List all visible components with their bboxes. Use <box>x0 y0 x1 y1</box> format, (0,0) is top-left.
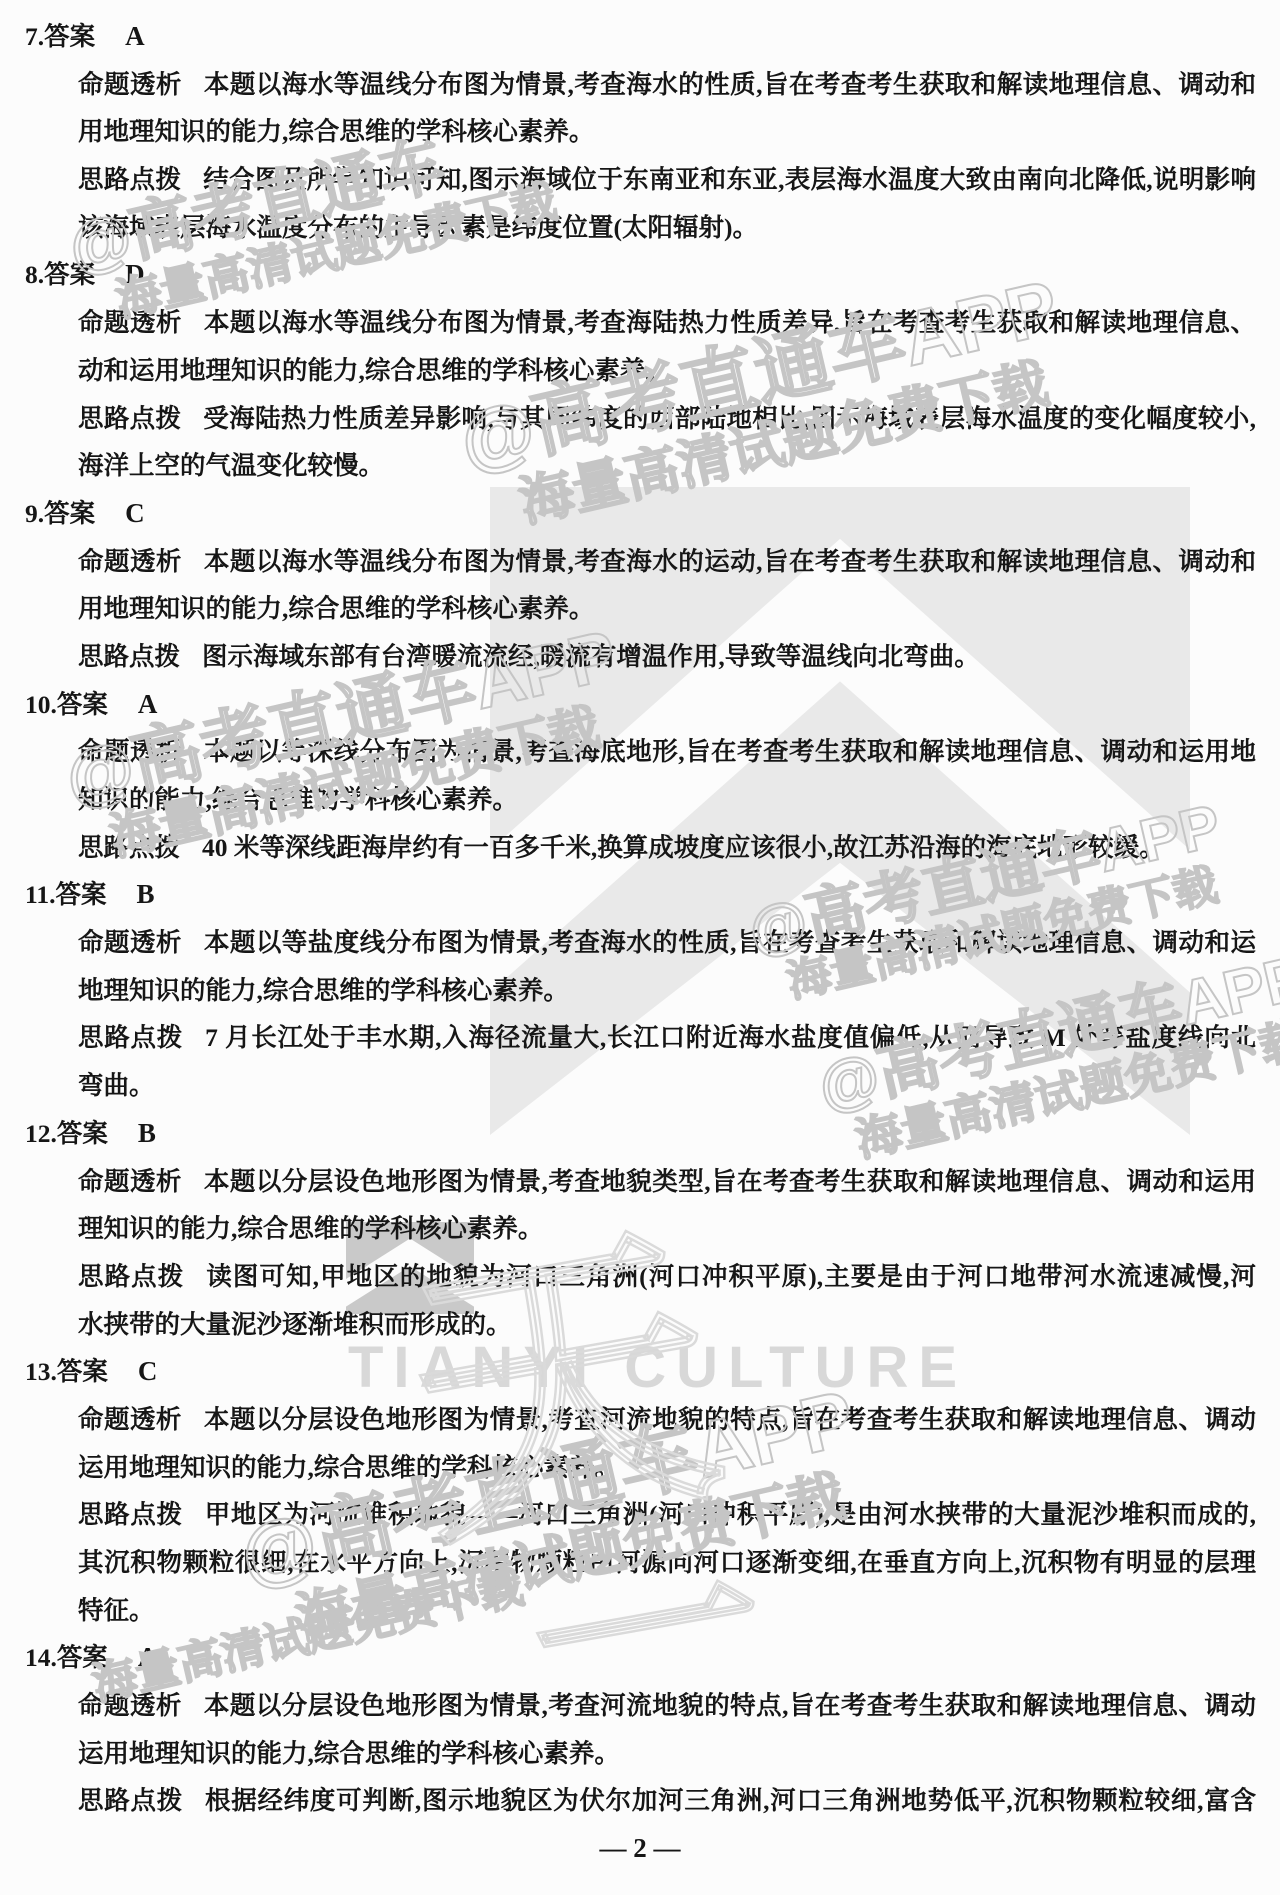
question-number: 12. <box>25 1119 57 1148</box>
tips-line: 思路点拨7 月长江处于丰水期,入海径流量大,长江口附近海水盐度值偏低,从而导致 … <box>0 1014 1280 1062</box>
tips-line: 思路点拨40 米等深线距海岸约有一百多千米,换算成坡度应该很小,故江苏沿海的海底… <box>0 824 1280 872</box>
tips-line: 水挟带的大量泥沙逐渐堆积而形成的。 <box>0 1301 1280 1349</box>
qa-item-10: 10.答案A 命题透析本题以等深线分布图为情景,考查海底地形,旨在考查考生获取和… <box>0 681 1280 872</box>
qa-item-12: 12.答案B 命题透析本题以分层设色地形图为情景,考查地貌类型,旨在考查考生获取… <box>0 1110 1280 1348</box>
analysis-line: 命题透析本题以分层设色地形图为情景,考查河流地貌的特点,旨在考查考生获取和解读地… <box>0 1682 1280 1730</box>
answer-line: 8.答案D <box>0 251 1280 299</box>
question-number: 11. <box>25 880 55 909</box>
tips-label: 思路点拨 <box>78 1024 183 1052</box>
analysis-label: 命题透析 <box>78 1406 182 1434</box>
answer-line: 7.答案A <box>0 13 1280 61</box>
tips-text: 该海域表层海水温度分布的主导因素是纬度位置(太阳辐射)。 <box>78 213 758 242</box>
analysis-text: 理知识的能力,综合思维的学科核心素养。 <box>78 1214 543 1243</box>
answer-value: A <box>138 689 158 719</box>
analysis-text: 运用地理知识的能力,综合思维的学科核心素养。 <box>78 1453 620 1482</box>
qa-item-13: 13.答案C 命题透析本题以分层设色地形图为情景,考查河流地貌的特点,旨在考查考… <box>0 1348 1280 1634</box>
tips-line: 思路点拨图示海域东部有台湾暖流流经,暖流有增温作用,导致等温线向北弯曲。 <box>0 633 1280 681</box>
question-number: 10. <box>25 690 57 719</box>
analysis-line: 命题透析本题以海水等温线分布图为情景,考查海陆热力性质差异,旨在考查考生获取和解… <box>0 299 1280 347</box>
answer-value: D <box>125 259 145 289</box>
analysis-text: 地理知识的能力,综合思维的学科核心素养。 <box>78 976 569 1005</box>
tips-text: 图示海域东部有台湾暖流流经,暖流有增温作用,导致等温线向北弯曲。 <box>202 642 980 671</box>
analysis-text: 用地理知识的能力,综合思维的学科核心素养。 <box>78 117 594 146</box>
answer-key-content: 7.答案A 命题透析本题以海水等温线分布图为情景,考查海水的性质,旨在考查考生获… <box>0 0 1280 1895</box>
answer-label: 答案 <box>44 500 95 528</box>
analysis-label: 命题透析 <box>78 1692 182 1720</box>
tips-label: 思路点拨 <box>78 166 181 194</box>
answer-value: C <box>125 498 145 528</box>
answer-line: 10.答案A <box>0 681 1280 729</box>
analysis-line: 运用地理知识的能力,综合思维的学科核心素养。 <box>0 1730 1280 1778</box>
question-number: 8. <box>25 260 44 289</box>
answer-label: 答案 <box>57 1358 108 1386</box>
answer-label: 答案 <box>55 881 106 909</box>
question-number: 14. <box>25 1643 57 1672</box>
tips-label: 思路点拨 <box>78 405 181 433</box>
analysis-line: 命题透析本题以海水等温线分布图为情景,考查海水的性质,旨在考查考生获取和解读地理… <box>0 61 1280 109</box>
analysis-line: 动和运用地理知识的能力,综合思维的学科核心素养。 <box>0 347 1280 395</box>
tips-line: 该海域表层海水温度分布的主导因素是纬度位置(太阳辐射)。 <box>0 204 1280 252</box>
analysis-line: 命题透析本题以分层设色地形图为情景,考查河流地貌的特点,旨在考查考生获取和解读地… <box>0 1396 1280 1444</box>
analysis-label: 命题透析 <box>78 548 182 576</box>
analysis-text: 用地理知识的能力,综合思维的学科核心素养。 <box>78 594 594 623</box>
analysis-line: 用地理知识的能力,综合思维的学科核心素养。 <box>0 108 1280 156</box>
analysis-label: 命题透析 <box>78 1168 182 1196</box>
tips-text: 水挟带的大量泥沙逐渐堆积而形成的。 <box>78 1310 512 1339</box>
analysis-text: 本题以海水等温线分布图为情景,考查海水的性质,旨在考查考生获取和解读地理信息、调… <box>78 70 1256 109</box>
tips-text: 7 月长江处于丰水期,入海径流量大,长江口附近海水盐度值偏低,从而导致 M 处等… <box>205 1023 1256 1052</box>
answer-label: 答案 <box>57 1120 108 1148</box>
analysis-line: 用地理知识的能力,综合思维的学科核心素养。 <box>0 585 1280 633</box>
tips-line: 特征。 <box>0 1587 1280 1635</box>
tips-line: 海洋上空的气温变化较慢。 <box>0 442 1280 490</box>
tips-line: 其沉积物颗粒很细,在水平方向上,沉积物颗粒由河源向河口逐渐变细,在垂直方向上,沉… <box>0 1539 1280 1587</box>
analysis-text: 本题以海水等温线分布图为情景,考查海水的运动,旨在考查考生获取和解读地理信息、调… <box>78 547 1256 586</box>
answer-value: C <box>138 1356 158 1386</box>
answer-value: B <box>136 879 154 909</box>
tips-text: 40 米等深线距海岸约有一百多千米,换算成坡度应该很小,故江苏沿海的海底地形较缓… <box>202 833 1165 862</box>
qa-item-9: 9.答案C 命题透析本题以海水等温线分布图为情景,考查海水的运动,旨在考查考生获… <box>0 490 1280 681</box>
tips-text: 特征。 <box>78 1596 155 1625</box>
analysis-line: 运用地理知识的能力,综合思维的学科核心素养。 <box>0 1444 1280 1492</box>
analysis-line: 命题透析本题以海水等温线分布图为情景,考查海水的运动,旨在考查考生获取和解读地理… <box>0 538 1280 586</box>
answer-line: 14.答案A <box>0 1634 1280 1682</box>
qa-item-7: 7.答案A 命题透析本题以海水等温线分布图为情景,考查海水的性质,旨在考查考生获… <box>0 13 1280 251</box>
analysis-text: 运用地理知识的能力,综合思维的学科核心素养。 <box>78 1739 620 1768</box>
analysis-text: 知识的能力,综合思维的学科核心素养。 <box>78 785 518 814</box>
analysis-text: 本题以海水等温线分布图为情景,考查海陆热力性质差异,旨在考查考生获取和解读地理信… <box>78 308 1256 347</box>
analysis-text: 本题以分层设色地形图为情景,考查地貌类型,旨在考查考生获取和解读地理信息、调动和… <box>78 1167 1256 1206</box>
question-number: 9. <box>25 499 44 528</box>
answer-value: A <box>138 1642 158 1672</box>
qa-item-14: 14.答案A 命题透析本题以分层设色地形图为情景,考查河流地貌的特点,旨在考查考… <box>0 1634 1280 1825</box>
answer-label: 答案 <box>57 691 108 719</box>
analysis-label: 命题透析 <box>78 929 182 957</box>
page-number: — 2 — <box>0 1825 1280 1873</box>
question-number: 13. <box>25 1357 57 1386</box>
question-number: 7. <box>25 22 44 51</box>
analysis-line: 命题透析本题以分层设色地形图为情景,考查地貌类型,旨在考查考生获取和解读地理信息… <box>0 1158 1280 1206</box>
answer-label: 答案 <box>44 261 95 289</box>
tips-text: 读图可知,甲地区的地貌为河口三角洲(河口冲积平原),主要是由于河口地带河水流速减… <box>206 1262 1256 1291</box>
answer-value: B <box>138 1118 156 1148</box>
answer-value: A <box>125 21 145 51</box>
qa-item-8: 8.答案D 命题透析本题以海水等温线分布图为情景,考查海陆热力性质差异,旨在考查… <box>0 251 1280 489</box>
answer-line: 9.答案C <box>0 490 1280 538</box>
analysis-label: 命题透析 <box>78 738 182 766</box>
analysis-text: 本题以等盐度线分布图为情景,考查海水的性质,旨在考查考生获取和解读地理信息、调动… <box>78 928 1256 967</box>
analysis-line: 知识的能力,综合思维的学科核心素养。 <box>0 776 1280 824</box>
tips-label: 思路点拨 <box>78 1263 184 1291</box>
tips-text: 其沉积物颗粒很细,在水平方向上,沉积物颗粒由河源向河口逐渐变细,在垂直方向上,沉… <box>78 1548 1256 1577</box>
tips-text: 海洋上空的气温变化较慢。 <box>78 451 384 480</box>
tips-line: 思路点拨读图可知,甲地区的地貌为河口三角洲(河口冲积平原),主要是由于河口地带河… <box>0 1253 1280 1301</box>
answer-line: 12.答案B <box>0 1110 1280 1158</box>
analysis-line: 地理知识的能力,综合思维的学科核心素养。 <box>0 967 1280 1015</box>
analysis-line: 理知识的能力,综合思维的学科核心素养。 <box>0 1205 1280 1253</box>
document-page: TIANYI CULTURE 7.答案A 命题透析本题以海水等温线分布图为情景,… <box>0 0 1280 1895</box>
tips-text: 甲地区为河流堆积地貌——河口三角洲(河口冲积平原),是由河水挟带的大量泥沙堆积而… <box>205 1500 1256 1529</box>
tips-label: 思路点拨 <box>78 834 180 862</box>
tips-line: 弯曲。 <box>0 1062 1280 1110</box>
answer-label: 答案 <box>44 23 95 51</box>
tips-text: 结合图及所学知识可知,图示海域位于东南亚和东亚,表层海水温度大致由南向北降低,说… <box>203 165 1256 194</box>
answer-label: 答案 <box>57 1644 108 1672</box>
analysis-text: 本题以等深线分布图为情景,考查海底地形,旨在考查考生获取和解读地理信息、调动和运… <box>78 737 1256 776</box>
tips-text: 根据经纬度可判断,图示地貌区为伏尔加河三角洲,河口三角洲地势低平,沉积物颗粒较细… <box>205 1786 1256 1815</box>
analysis-line: 命题透析本题以等盐度线分布图为情景,考查海水的性质,旨在考查考生获取和解读地理信… <box>0 919 1280 967</box>
analysis-text: 动和运用地理知识的能力,综合思维的学科核心素养。 <box>78 356 671 385</box>
tips-text: 弯曲。 <box>78 1071 155 1100</box>
tips-label: 思路点拨 <box>78 1787 183 1815</box>
tips-label: 思路点拨 <box>78 643 180 671</box>
analysis-text: 本题以分层设色地形图为情景,考查河流地貌的特点,旨在考查考生获取和解读地理信息、… <box>78 1405 1256 1444</box>
tips-line: 思路点拨受海陆热力性质差异影响,与其同纬度的西部陆地相比,图示海域表层海水温度的… <box>0 395 1280 443</box>
page-number-text: — 2 — <box>600 1833 681 1863</box>
answer-line: 13.答案C <box>0 1348 1280 1396</box>
analysis-line: 命题透析本题以等深线分布图为情景,考查海底地形,旨在考查考生获取和解读地理信息、… <box>0 728 1280 776</box>
analysis-text: 本题以分层设色地形图为情景,考查河流地貌的特点,旨在考查考生获取和解读地理信息、… <box>78 1691 1256 1730</box>
tips-line: 思路点拨根据经纬度可判断,图示地貌区为伏尔加河三角洲,河口三角洲地势低平,沉积物… <box>0 1777 1280 1825</box>
tips-label: 思路点拨 <box>78 1501 183 1529</box>
analysis-label: 命题透析 <box>78 71 182 99</box>
analysis-label: 命题透析 <box>78 309 182 337</box>
qa-item-11: 11.答案B 命题透析本题以等盐度线分布图为情景,考查海水的性质,旨在考查考生获… <box>0 871 1280 1109</box>
tips-line: 思路点拨结合图及所学知识可知,图示海域位于东南亚和东亚,表层海水温度大致由南向北… <box>0 156 1280 204</box>
answer-line: 11.答案B <box>0 871 1280 919</box>
tips-line: 思路点拨甲地区为河流堆积地貌——河口三角洲(河口冲积平原),是由河水挟带的大量泥… <box>0 1491 1280 1539</box>
tips-text: 受海陆热力性质差异影响,与其同纬度的西部陆地相比,图示海域表层海水温度的变化幅度… <box>203 404 1256 433</box>
